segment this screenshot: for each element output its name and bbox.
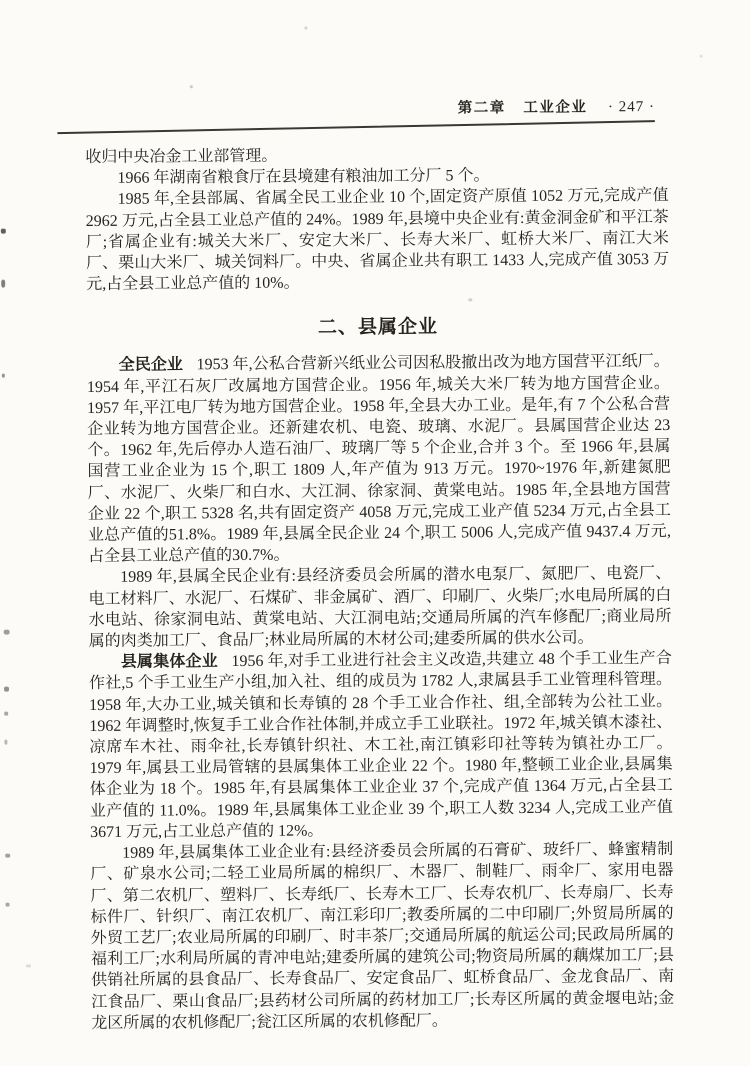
scan-speck (700, 55, 703, 58)
paragraph: 1989 年,县属全民企业有:县经济委员会所属的潜水电泵厂、氮肥厂、电瓷厂、电工… (88, 563, 672, 652)
scanned-book-page: 第二章 工业企业 · 247 · 收归中央冶金工业部管理。 1966 年湖南省粮… (0, 0, 750, 1066)
body-text: 收归中央冶金工业部管理。 1966 年湖南省粮食厅在县境建有粮油加工分厂 5 个… (85, 143, 674, 1034)
paragraph-lead: 县属集体企业 (121, 653, 218, 671)
page-content: 第二章 工业企业 · 247 · 收归中央冶金工业部管理。 1966 年湖南省粮… (0, 0, 750, 1066)
scan-speck (1, 229, 6, 234)
scan-speck (468, 298, 472, 301)
scan-speck (6, 903, 10, 907)
scan-speck (4, 740, 7, 745)
header-rule (57, 120, 655, 134)
scan-speck (304, 26, 307, 29)
page-number: · 247 · (608, 99, 655, 115)
scan-speck (4, 687, 9, 692)
scan-speck (190, 85, 193, 88)
chapter-label: 第二章 (458, 100, 506, 116)
running-header: 第二章 工业企业 · 247 · (0, 98, 655, 121)
paragraph: 1989 年,县属集体工业企业有:县经济委员会所属的石膏矿、玻纤厂、蜂蜜精制厂、… (90, 839, 674, 1034)
section-heading: 二、县属企业 (86, 312, 669, 343)
paragraph-lead: 全民企业 (119, 357, 183, 374)
paragraph-state-enterprises: 全民企业1953 年,公私合营新兴纸业公司因私股撤出改为地方国营平江纸厂。195… (87, 351, 671, 567)
scan-speck (4, 712, 8, 716)
scan-speck (5, 854, 10, 858)
paragraph: 1985 年,全县部属、省属全民工业企业 10 个,固定资产原值 1052 万元… (86, 185, 670, 295)
paragraph-text: 1956 年,对手工业进行社会主义改造,共建立 48 个手工业生产合作社,5 个… (89, 650, 673, 841)
paragraph-text: 1953 年,公私合营新兴纸业公司因私股撤出改为地方国营平江纸厂。1954 年,… (87, 353, 671, 565)
scan-speck (2, 374, 5, 378)
scan-speck (4, 630, 10, 635)
section-label: 工业企业 (523, 100, 587, 116)
scan-speck (26, 964, 31, 967)
paragraph-collective-enterprises: 县属集体企业1956 年,对手工业进行社会主义改造,共建立 48 个手工业生产合… (89, 648, 673, 843)
scan-speck (1, 280, 5, 288)
